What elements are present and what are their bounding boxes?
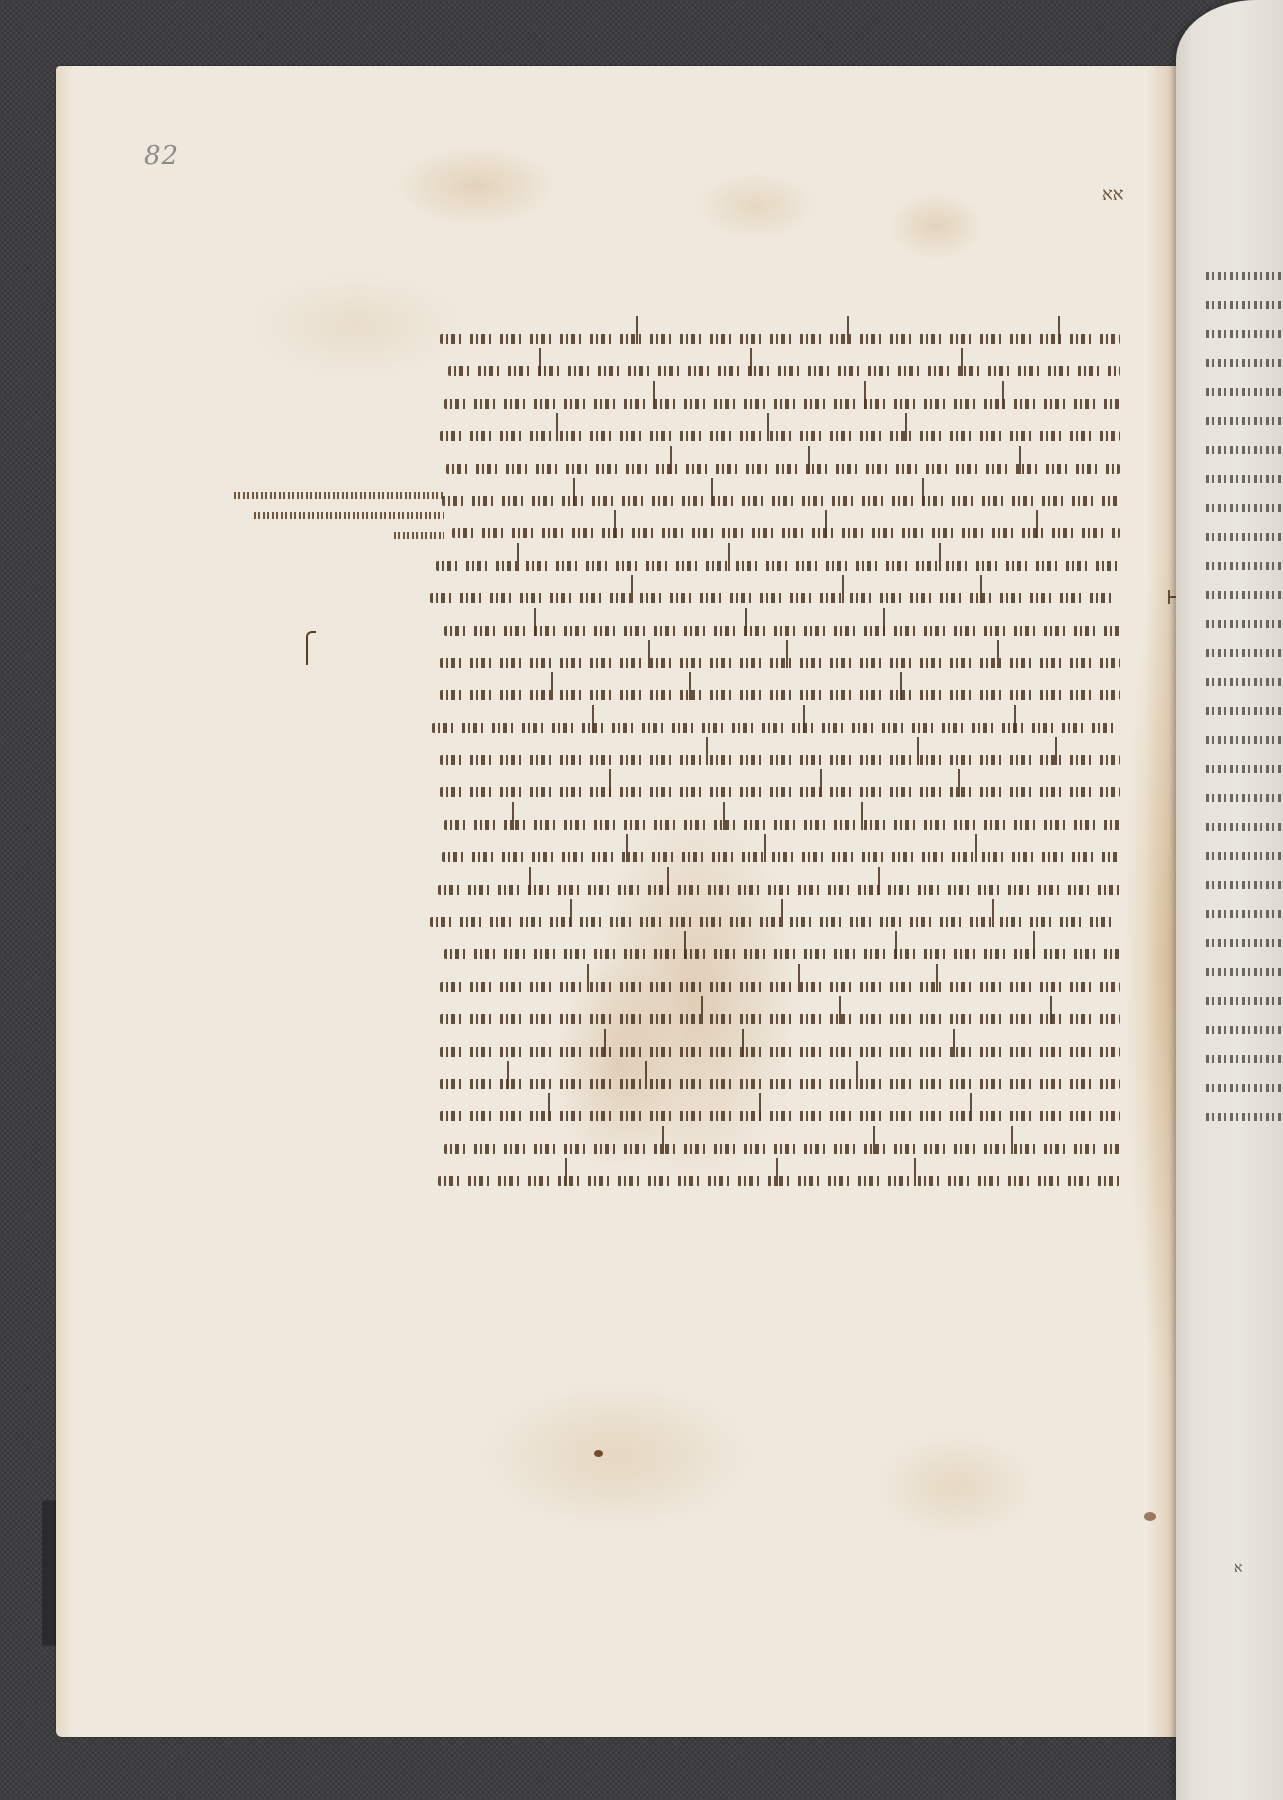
manuscript-line — [440, 935, 1120, 967]
manuscript-line — [440, 1162, 1120, 1194]
manuscript-line — [440, 806, 1120, 838]
manuscript-line — [440, 1097, 1120, 1129]
next-page-text — [1206, 260, 1283, 1130]
manuscript-line — [440, 1000, 1120, 1032]
marginal-note — [224, 486, 444, 546]
next-page-bottom-mark: ﬡ — [1234, 1560, 1242, 1577]
next-page-line — [1206, 985, 1283, 1014]
next-page-line — [1206, 434, 1283, 463]
next-page-edge — [1176, 0, 1283, 1800]
next-page-line — [1206, 956, 1283, 985]
manuscript-line — [440, 773, 1120, 805]
next-page-line — [1206, 927, 1283, 956]
manuscript-line — [440, 352, 1120, 384]
next-page-line — [1206, 811, 1283, 840]
corner-mark: ﬡﬡ — [1102, 184, 1124, 205]
manuscript-line — [440, 838, 1120, 870]
next-page-line — [1206, 1014, 1283, 1043]
next-page-line — [1206, 695, 1283, 724]
manuscript-line — [440, 1033, 1120, 1065]
manuscript-line — [440, 482, 1120, 514]
next-page-line — [1206, 347, 1283, 376]
manuscript-line — [440, 612, 1120, 644]
manuscript-line — [440, 514, 1120, 546]
marginal-line — [224, 506, 444, 526]
next-page-line — [1206, 318, 1283, 347]
manuscript-line — [440, 871, 1120, 903]
next-page-line — [1206, 637, 1283, 666]
manuscript-line — [440, 547, 1120, 579]
next-page-line — [1206, 260, 1283, 289]
marginal-line — [224, 526, 444, 546]
manuscript-line — [440, 968, 1120, 1000]
next-page-line — [1206, 579, 1283, 608]
next-page-line — [1206, 1072, 1283, 1101]
manuscript-line — [440, 676, 1120, 708]
next-page-line — [1206, 463, 1283, 492]
next-page-line — [1206, 492, 1283, 521]
next-page-line — [1206, 550, 1283, 579]
next-page-line — [1206, 869, 1283, 898]
next-page-line — [1206, 521, 1283, 550]
folio-number: 82 — [144, 141, 179, 171]
manuscript-line — [440, 385, 1120, 417]
manuscript-line — [440, 417, 1120, 449]
ink-spot — [594, 1450, 603, 1457]
next-page-line — [1206, 753, 1283, 782]
next-page-line — [1206, 1101, 1283, 1130]
next-page-line — [1206, 782, 1283, 811]
main-text-block — [440, 320, 1120, 1195]
manuscript-line — [440, 903, 1120, 935]
manuscript-line — [440, 1130, 1120, 1162]
next-page-line — [1206, 405, 1283, 434]
manuscript-line — [440, 644, 1120, 676]
manuscript-line — [440, 1065, 1120, 1097]
manuscript-line — [440, 320, 1120, 352]
next-page-line — [1206, 898, 1283, 927]
next-page-line — [1206, 376, 1283, 405]
marginal-hook-mark — [306, 631, 316, 665]
manuscript-line — [440, 579, 1120, 611]
next-page-line — [1206, 289, 1283, 318]
manuscript-page: 82 ﬡﬡ — [56, 66, 1176, 1737]
next-page-line — [1206, 1043, 1283, 1072]
next-page-line — [1206, 840, 1283, 869]
next-page-line — [1206, 608, 1283, 637]
next-page-line — [1206, 666, 1283, 695]
manuscript-line — [440, 709, 1120, 741]
marginal-line — [224, 486, 444, 506]
manuscript-line — [440, 450, 1120, 482]
next-page-line — [1206, 724, 1283, 753]
manuscript-line — [440, 741, 1120, 773]
ink-spot — [1144, 1512, 1156, 1521]
